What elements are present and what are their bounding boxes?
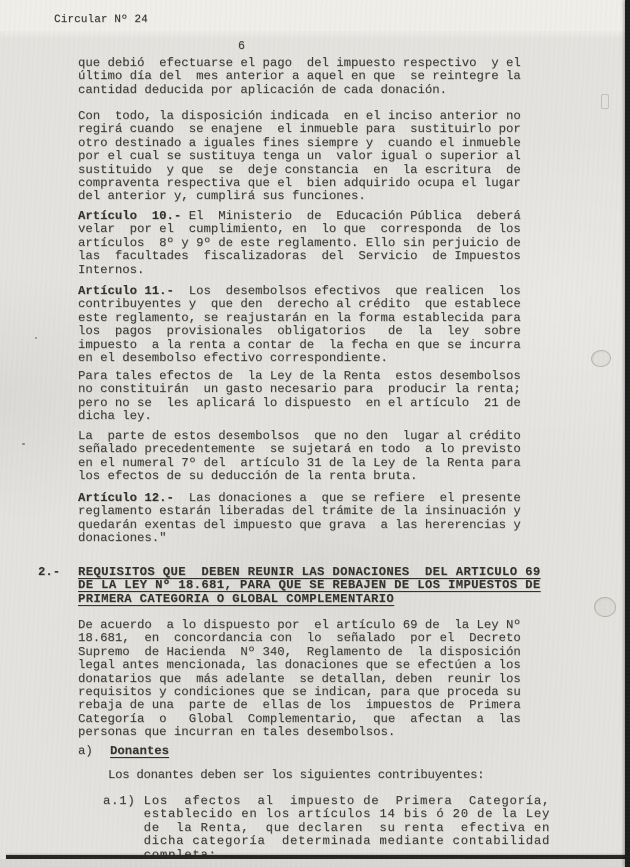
paragraph-articulo-11: Artículo 11.- Los desembolsos efectivos … — [78, 285, 521, 365]
articulo-11-label: Artículo 11.- — [78, 284, 174, 298]
paragraph-articulo-12: Artículo 12.- Las donaciones a que se re… — [78, 492, 521, 546]
circular-header-label: Circular Nº 24 — [54, 13, 148, 27]
stamp-mark-1 — [590, 349, 612, 369]
paragraph-payment-deadline: que debió efectuarse el pago del impuest… — [78, 57, 521, 97]
section-2-intro-paragraph: De acuerdo a lo dispuesto por el artícul… — [78, 619, 521, 740]
page-number: 6 — [238, 40, 245, 53]
section-2-heading: REQUISITOS QUE DEBEN REUNIR LAS DONACION… — [78, 566, 541, 606]
item-a-title: Donantes — [110, 745, 169, 758]
articulo-10-label: Artículo 10.- — [78, 209, 181, 223]
punch-mark — [601, 94, 609, 109]
paragraph-con-todo: Con todo, la disposición indicada en el … — [78, 110, 521, 204]
articulo-12-label: Artículo 12.- — [78, 491, 174, 505]
donantes-intro: Los donantes deben ser los siguientes co… — [108, 769, 484, 782]
paragraph-la-parte-desembolsos: La parte de estos desembolsos que no den… — [78, 430, 521, 484]
item-a1-paragraph: a.1) Los afectos al impuesto de Primera … — [103, 795, 550, 862]
stamp-mark-2 — [593, 596, 617, 618]
scan-speck-1 — [35, 337, 37, 339]
document-page: Circular Nº 24 6 que debió efectuarse el… — [0, 0, 630, 867]
item-a-label: a) — [78, 745, 93, 758]
paragraph-para-tales-efectos: Para tales efectos de la Ley de la Renta… — [78, 370, 521, 424]
scan-bottom-strip — [0, 859, 625, 867]
scan-right-edge — [625, 0, 630, 867]
paragraph-articulo-10: Artículo 10.- El Ministerio de Educación… — [78, 210, 521, 277]
scan-speck-2 — [22, 443, 25, 445]
section-2-number: 2.- — [38, 566, 60, 579]
